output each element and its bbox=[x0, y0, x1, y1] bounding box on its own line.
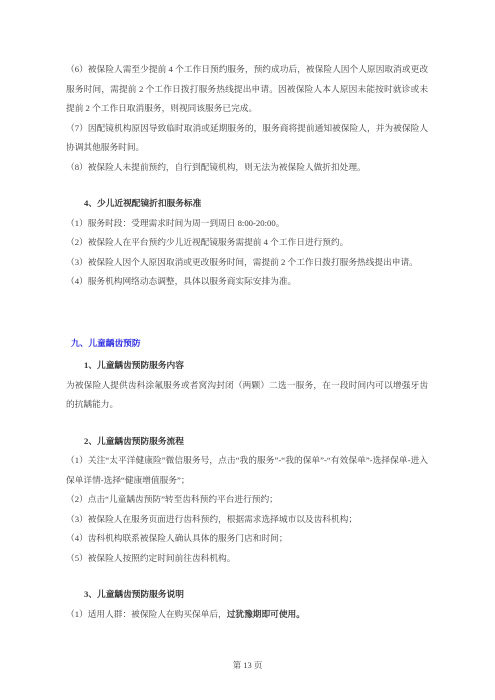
paragraph: （8）被保险人未提前预约，自行到配镜机构，则无法为被保险人做折扣处理。 bbox=[66, 158, 428, 178]
paragraph: （3）被保险人在服务页面进行齿科预约，根据需求选择城市以及齿科机构； bbox=[66, 510, 428, 530]
paragraph: （2）点击“儿童龋齿预防”转至齿科预约平台进行预约； bbox=[66, 490, 428, 510]
sub-heading-service-flow: 2、儿童龋齿预防服务流程 bbox=[66, 432, 428, 452]
paragraph: （4）服务机构网络动态调整，具体以服务商实际安排为准。 bbox=[66, 272, 428, 292]
paragraph: （1）适用人群：被保险人在购买保单后，过犹豫期即可使用。 bbox=[66, 605, 428, 625]
document-body: （6）被保险人需至少提前 4 个工作日预约服务，预约成功后，被保险人因个人原因取… bbox=[66, 60, 428, 624]
paragraph-text: （1）适用人群：被保险人在购买保单后， bbox=[66, 609, 227, 619]
section-heading-caries-prevention: 九、儿童龋齿预防 bbox=[66, 334, 428, 354]
paragraph-bold-text: 过犹豫期即可使用。 bbox=[227, 609, 305, 619]
paragraph: （7）因配镜机构原因导致临时取消或延期服务的，服务商将提前通知被保险人，并为被保… bbox=[66, 119, 428, 158]
paragraph: （2）被保险人在平台预约少儿近视配镜服务需提前 4 个工作日进行预约。 bbox=[66, 233, 428, 253]
paragraph: （1）关注“太平洋健康险”微信服务号，点击“我的服务”-“我的保单”-“有效保单… bbox=[66, 451, 428, 490]
page-number: 第 13 页 bbox=[0, 659, 495, 671]
paragraph: （3）被保险人因个人原因取消或更改服务时间，需提前 2 个工作日拨打服务热线提出… bbox=[66, 253, 428, 273]
document-page: （6）被保险人需至少提前 4 个工作日预约服务，预约成功后，被保险人因个人原因取… bbox=[0, 0, 495, 700]
sub-heading-glasses-discount-standard: 4、少儿近视配镜折扣服务标准 bbox=[66, 194, 428, 214]
sub-heading-service-content: 1、儿童龋齿预防服务内容 bbox=[66, 356, 428, 376]
paragraph: （6）被保险人需至少提前 4 个工作日预约服务，预约成功后，被保险人因个人原因取… bbox=[66, 60, 428, 119]
paragraph: （1）服务时段：受理需求时间为周一到周日 8:00-20:00。 bbox=[66, 214, 428, 234]
sub-heading-service-notes: 3、儿童龋齿预防服务说明 bbox=[66, 585, 428, 605]
paragraph: （4）齿科机构联系被保险人确认具体的服务门店和时间； bbox=[66, 529, 428, 549]
paragraph: 为被保险人提供齿科涂氟服务或者窝沟封闭（两颗）二选一服务，在一段时间内可以增强牙… bbox=[66, 376, 428, 415]
paragraph: （5）被保险人按照约定时间前往齿科机构。 bbox=[66, 549, 428, 569]
